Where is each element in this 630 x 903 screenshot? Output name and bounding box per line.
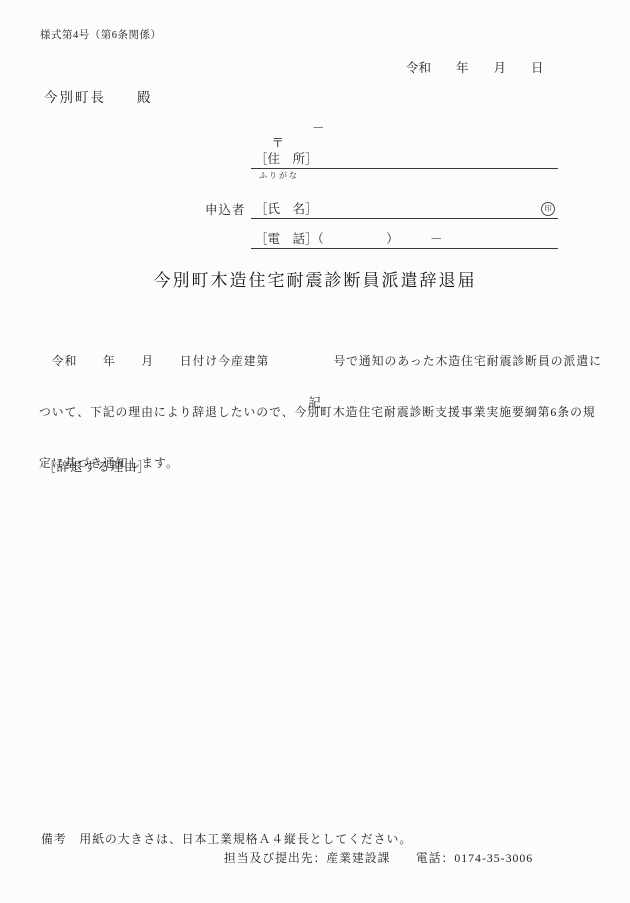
addressee-gap [106,90,137,105]
record-mark: 記 [0,393,630,411]
name-label: ［氏 名］ [255,199,318,217]
phone-field-row: ［電 話］（ ） － [251,227,558,249]
form-number: 様式第4号（第6条関係） [40,27,162,42]
phone-label: ［電 話］（ ） － [255,229,443,247]
issue-date-line: 令和 年 月 日 [406,58,544,76]
document-title: 今別町木造住宅耐震診断員派遣辞退届 [0,266,630,291]
applicant-label: 申込者 [205,200,246,218]
address-field-row: ［住 所］ [251,147,558,169]
remarks-note: 備考 用紙の大きさは、日本工業規格Ａ４縦長としてください。 [41,830,412,847]
document-page: 様式第4号（第6条関係） 令和 年 月 日 今別町長 殿 〒 － ［住 所］ ふ… [0,0,630,903]
seal-mark-icon: 印 [541,202,555,216]
addressee-line: 今別町長 殿 [44,86,153,106]
furigana-label: ふりがな [259,170,299,181]
addressee-honorific: 殿 [137,90,153,105]
name-field-row: ［氏 名］ 印 [251,197,558,219]
body-line-1: 令和 年 月 日付け今産建第 号で通知のあった木造住宅耐震診断員の派遣に [39,353,595,370]
address-label: ［住 所］ [255,149,318,167]
contact-line: 担当及び提出先：産業建設課 電話：0174-35-3006 [224,849,533,866]
addressee-name: 今別町長 [44,90,106,105]
postal-dash: － [312,118,325,136]
phone-blank-format: （ ） － [318,232,443,246]
body-paragraph: 令和 年 月 日付け今産建第 号で通知のあった木造住宅耐震診断員の派遣に ついて… [39,319,595,506]
reason-label: ［辞退する理由］ [43,457,151,475]
